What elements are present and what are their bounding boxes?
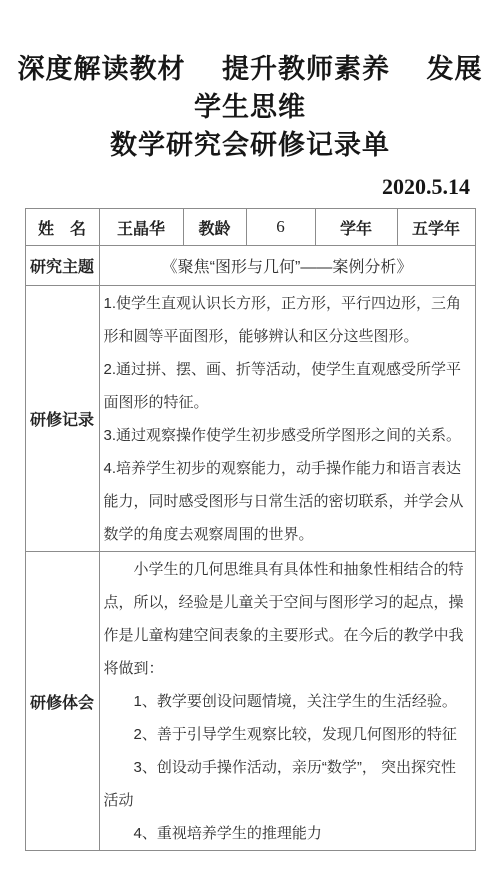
title-line-2: 学生思维 (0, 88, 500, 126)
reflection-item-4: 4、重视培养学生的推理能力 (104, 817, 471, 850)
record-label: 研修记录 (25, 286, 99, 552)
document-title: 深度解读教材 提升教师素养 发展 学生思维 数学研究会研修记录单 (0, 0, 500, 164)
reflection-intro: 小学生的几何思维具有具体性和抽象性相结合的特点，所以，经验是儿童关于空间与图形学… (104, 553, 471, 685)
grade-label: 学年 (315, 209, 397, 246)
table-row-record: 研修记录 1.使学生直观认识长方形，正方形，平行四边形，三角形和圆等平面图形，能… (25, 286, 475, 552)
table-row-topic: 研究主题 《聚焦“图形与几何”——案例分析》 (25, 246, 475, 286)
reflection-item-3: 3、创设动手操作活动，亲历“数学”， 突出探究性活动 (104, 751, 471, 817)
name-value: 王晶华 (99, 209, 183, 246)
reflection-item-1: 1、教学要创设问题情境，关注学生的生活经验。 (104, 685, 471, 718)
table-row-reflection: 研修体会 小学生的几何思维具有具体性和抽象性相结合的特点，所以，经验是儿童关于空… (25, 552, 475, 851)
reflection-content: 小学生的几何思维具有具体性和抽象性相结合的特点，所以，经验是儿童关于空间与图形学… (99, 552, 475, 851)
name-label: 姓 名 (25, 209, 99, 246)
record-paragraph-1: 1.使学生直观认识长方形，正方形，平行四边形，三角形和圆等平面图形，能够辨认和区… (104, 287, 471, 353)
table-row-info: 姓 名 王晶华 教龄 6 学年 五学年 (25, 209, 475, 246)
record-content: 1.使学生直观认识长方形，正方形，平行四边形，三角形和圆等平面图形，能够辨认和区… (99, 286, 475, 552)
record-paragraph-4: 4.培养学生初步的观察能力，动手操作能力和语言表达能力，同时感受图形与日常生活的… (104, 452, 471, 551)
title-line-1: 深度解读教材 提升教师素养 发展 (0, 50, 500, 88)
document-subtitle: 数学研究会研修记录单 (0, 126, 500, 164)
reflection-item-2: 2、善于引导学生观察比较，发现几何图形的特征 (104, 718, 471, 751)
document-page: 深度解读教材 提升教师素养 发展 学生思维 数学研究会研修记录单 2020.5.… (0, 0, 500, 869)
record-form-table: 姓 名 王晶华 教龄 6 学年 五学年 研究主题 《聚焦“图形与几何”——案例分… (25, 208, 476, 851)
document-date: 2020.5.14 (0, 172, 500, 202)
teaching-age-label: 教龄 (183, 209, 246, 246)
record-paragraph-3: 3.通过观察操作使学生初步感受所学图形之间的关系。 (104, 419, 471, 452)
grade-value: 五学年 (397, 209, 475, 246)
topic-label: 研究主题 (25, 246, 99, 286)
topic-value: 《聚焦“图形与几何”——案例分析》 (99, 246, 475, 286)
record-paragraph-2: 2.通过拼、摆、画、折等活动，使学生直观感受所学平面图形的特征。 (104, 353, 471, 419)
reflection-label: 研修体会 (25, 552, 99, 851)
teaching-age-value: 6 (246, 209, 315, 246)
